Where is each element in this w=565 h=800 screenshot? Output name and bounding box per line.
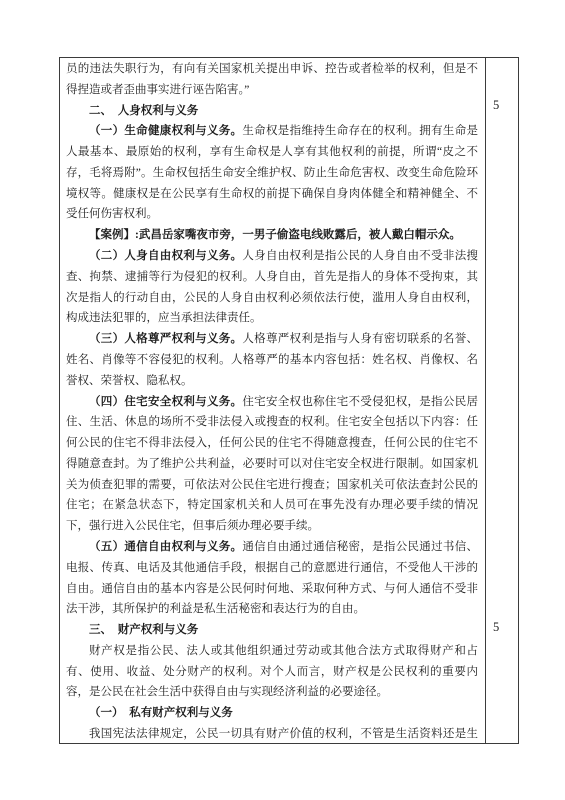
heading-text: （一） 私有财产权利与义务 bbox=[89, 707, 233, 719]
margin-note: 5 bbox=[493, 98, 499, 112]
para-property-intro: 财产权是指公民、法人或其他组织通过劳动或其他合法方式取得财产和占有、使用、收益、… bbox=[66, 641, 478, 703]
paragraph-text: 员的违法失职行为，有向有关国家机关提出申诉、控告或者检举的权利，但是不得捏造或者… bbox=[66, 63, 478, 96]
section-heading-property-rights: 三、 财产权利与义务 bbox=[66, 620, 478, 641]
margin-column: 5 5 bbox=[486, 58, 518, 743]
para-communication-freedom: （五）通信自由权利与义务。通信自由通过通信秘密，是指公民通过书信、电报、传真、电… bbox=[66, 537, 478, 620]
paragraph-text: 我国宪法法律规定，公民一切具有财产价值的权利，不管是生活资料还是生产 bbox=[66, 728, 478, 743]
subsection-heading-private-property: （一） 私有财产权利与义务 bbox=[66, 703, 478, 724]
paragraph-lead: （一）生命健康权利与义务。 bbox=[89, 125, 242, 137]
paragraph-text: 住宅安全权也称住宅不受侵犯权，是指公民居住、生活、休息的场所不受非法侵入或搜查的… bbox=[66, 396, 478, 533]
paragraph-text: 生命权是指维持生命存在的权利。拥有生命是人最基本、最原始的权利，享有生命权是人享… bbox=[66, 125, 478, 220]
paragraph-lead: （五）通信自由权利与义务。 bbox=[89, 541, 242, 553]
paragraph-lead: （四）住宅安全权利与义务。 bbox=[89, 396, 242, 408]
quote-continuation-paragraph: 员的违法失职行为，有向有关国家机关提出申诉、控告或者检举的权利，但是不得捏造或者… bbox=[66, 59, 478, 101]
paragraph-text: 财产权是指公民、法人或其他组织通过劳动或其他合法方式取得财产和占有、使用、收益、… bbox=[66, 645, 478, 699]
heading-text: 三、 财产权利与义务 bbox=[89, 624, 198, 636]
case-note: 【案例】:武昌岳家嘴夜市旁，一男子偷盗电线败露后，被人戴白帽示众。 bbox=[66, 225, 478, 246]
margin-note: 5 bbox=[493, 620, 499, 634]
paragraph-lead: （二）人身自由权利与义务。 bbox=[89, 250, 242, 262]
document-text-column: 员的违法失职行为，有向有关国家机关提出申诉、控告或者检举的权利，但是不得捏造或者… bbox=[60, 58, 486, 743]
document-table: 员的违法失职行为，有向有关国家机关提出申诉、控告或者检举的权利，但是不得捏造或者… bbox=[59, 57, 519, 744]
paragraph-lead: （三）人格尊严权利与义务。 bbox=[89, 333, 242, 345]
para-personal-freedom: （二）人身自由权利与义务。人身自由权利是指公民的人身自由不受非法搜查、拘禁、逮捕… bbox=[66, 246, 478, 329]
para-residence-safety: （四）住宅安全权利与义务。住宅安全权也称住宅不受侵犯权，是指公民居住、生活、休息… bbox=[66, 392, 478, 537]
heading-text: 二、 人身权利与义务 bbox=[89, 105, 198, 117]
case-note-text: 【案例】:武昌岳家嘴夜市旁，一男子偷盗电线败露后，被人戴白帽示众。 bbox=[89, 229, 461, 241]
para-constitution-provision: 我国宪法法律规定，公民一切具有财产价值的权利，不管是生活资料还是生产 bbox=[66, 724, 478, 743]
para-personal-dignity: （三）人格尊严权利与义务。人格尊严权利是指与人身有密切联系的名誉、姓名、肖像等不… bbox=[66, 329, 478, 391]
section-heading-personal-rights: 二、 人身权利与义务 bbox=[66, 101, 478, 122]
para-life-health: （一）生命健康权利与义务。生命权是指维持生命存在的权利。拥有生命是人最基本、最原… bbox=[66, 121, 478, 225]
